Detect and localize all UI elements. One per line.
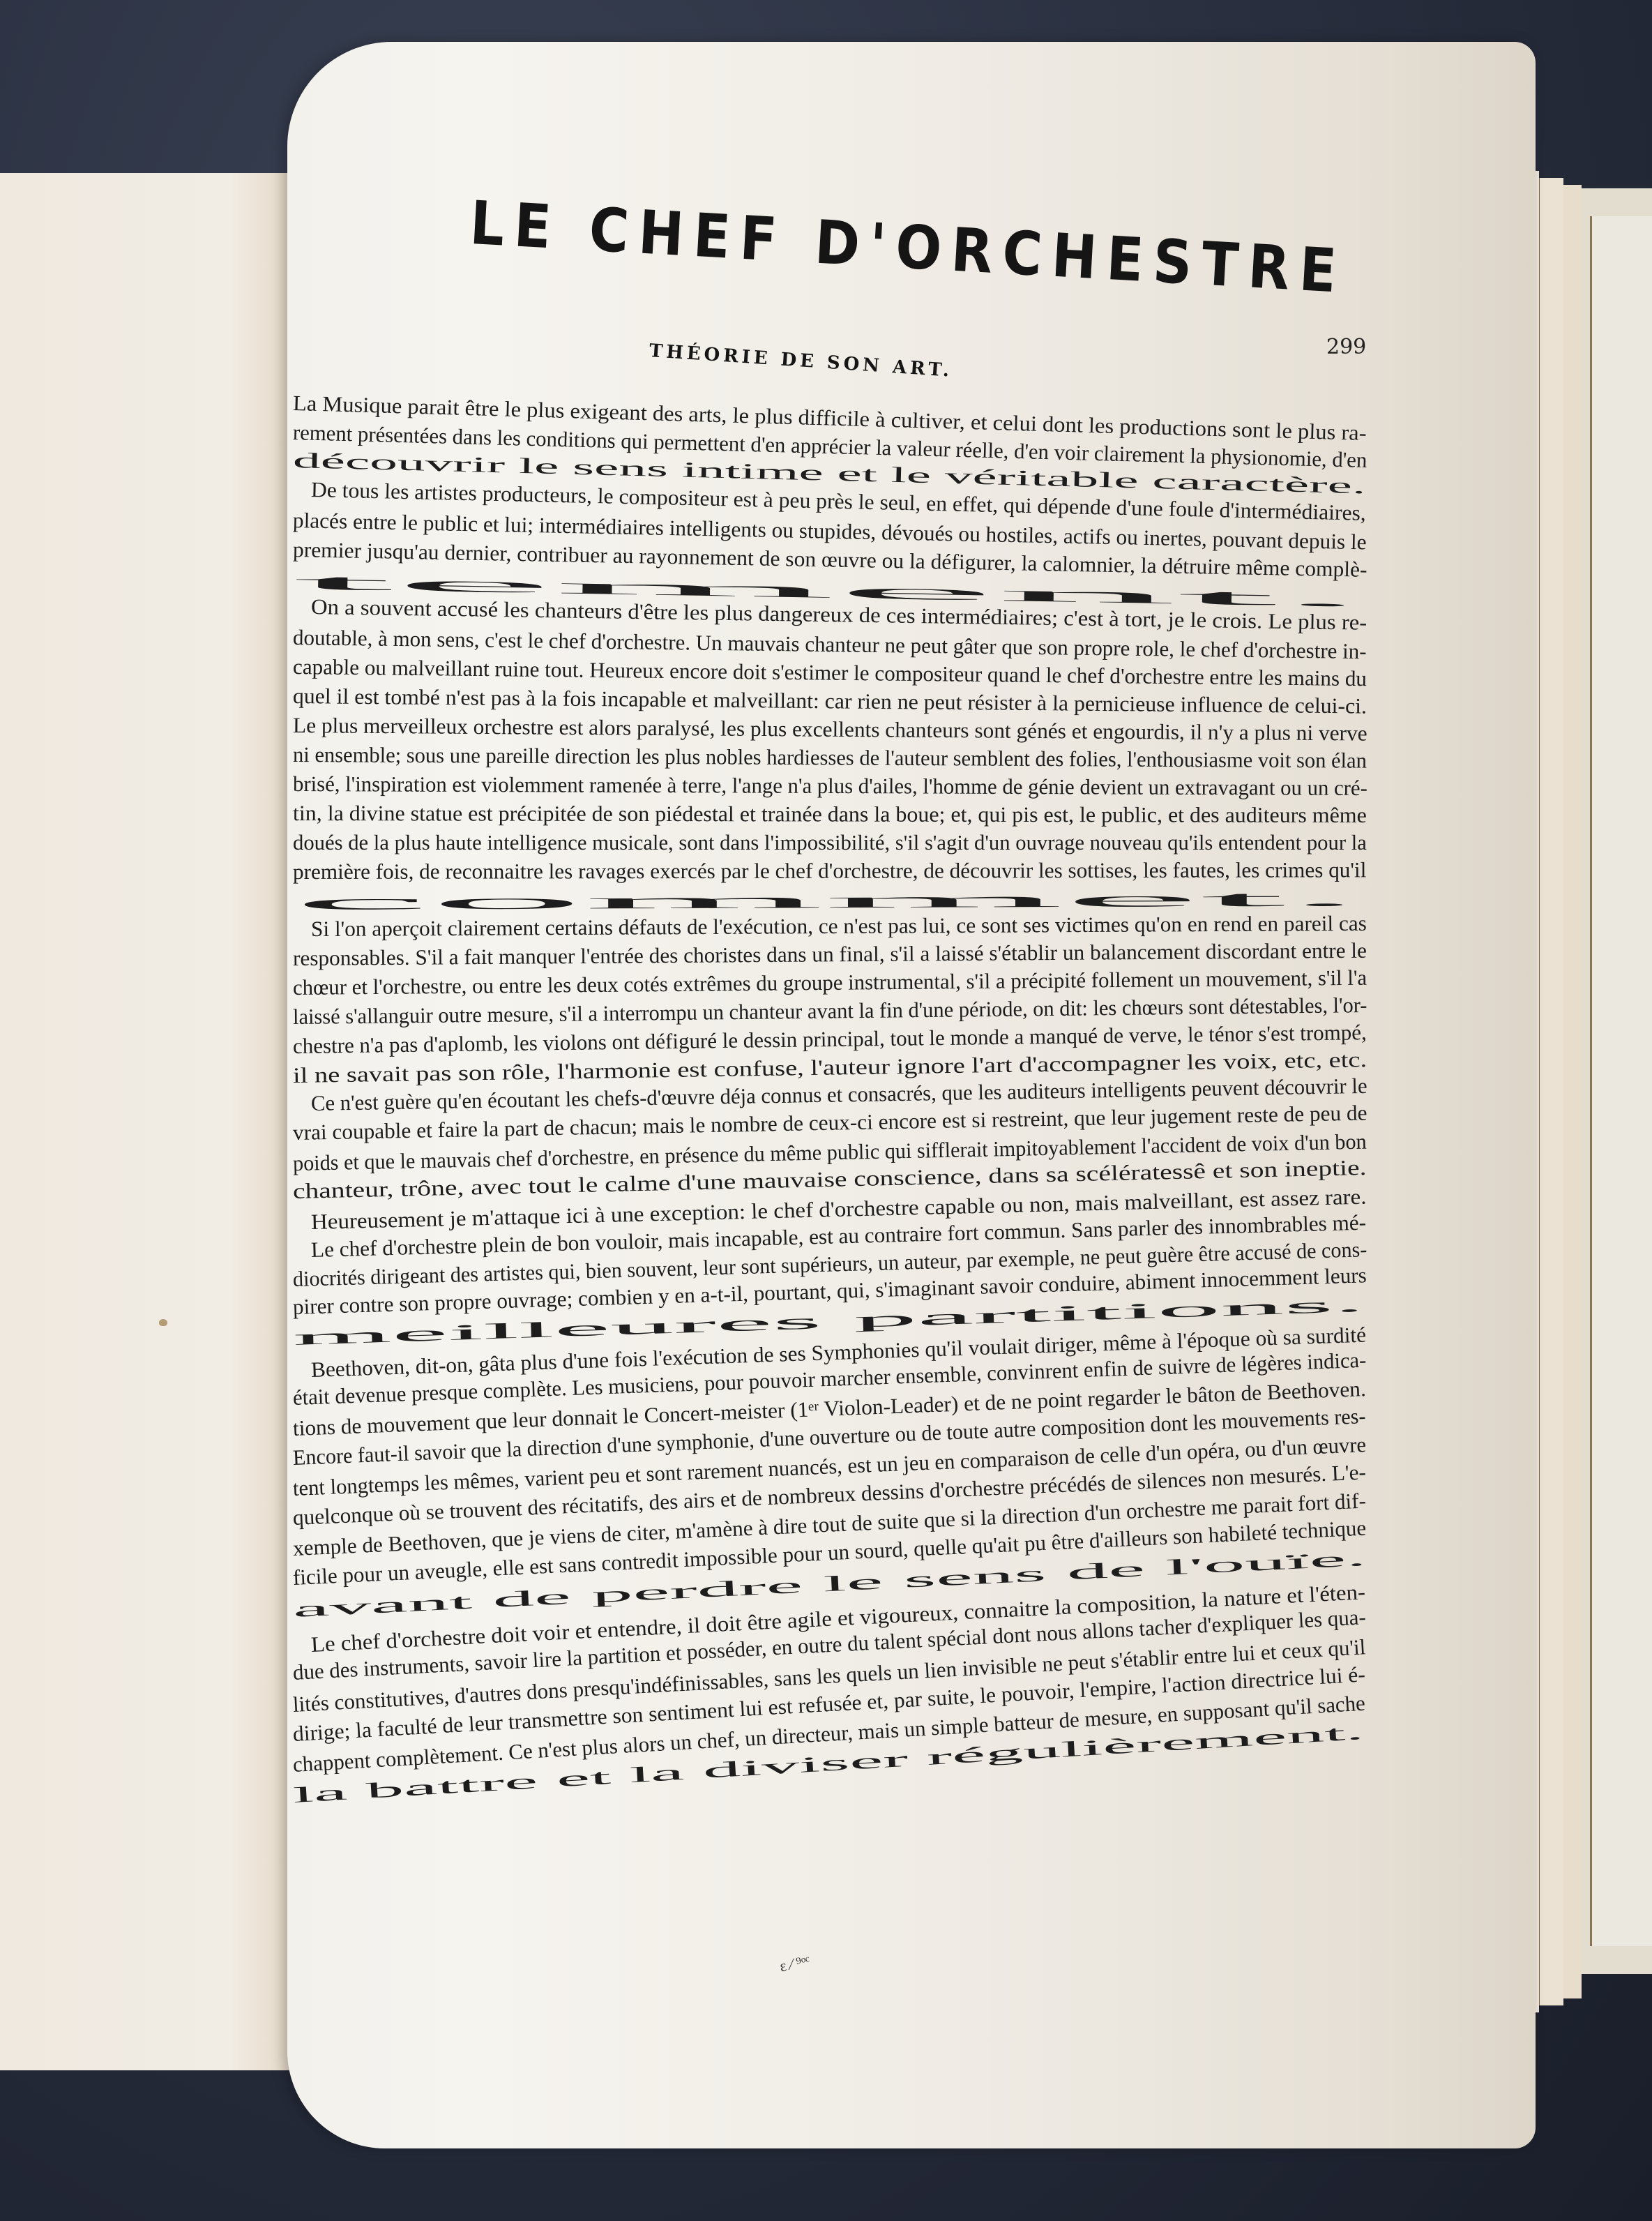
text-line: Si l'on aperçoit clairement certains déf…	[311, 911, 1367, 942]
text-line: doués de la plus haute intelligence musi…	[293, 830, 1367, 855]
right-page-recto: LE CHEF D'ORCHESTRE THÉORIE DE SON ART. …	[287, 42, 1536, 2148]
text-line: brisé, l'inspiration est violemment rame…	[293, 771, 1367, 801]
text-line: première fois, de reconnaitre les ravage…	[293, 857, 1366, 884]
text-line: commet.	[293, 886, 1363, 915]
text-line: ni ensemble; sous une pareille direction…	[293, 742, 1367, 774]
page-stack-edge-2	[1538, 178, 1563, 2005]
text-line: Le plus merveilleux orchestre est alors …	[293, 713, 1367, 746]
page-number: 299	[1326, 335, 1366, 359]
left-page-verso	[0, 173, 328, 2070]
paper-speck	[159, 1319, 167, 1326]
page-subtitle: THÉORIE DE SON ART.	[649, 340, 953, 382]
endpaper	[1590, 216, 1652, 1946]
text-line: tin, la divine statue est précipitée de …	[293, 801, 1367, 828]
page-title: LE CHEF D'ORCHESTRE	[468, 188, 1348, 307]
signature-mark: ε ⁄ ⁹ᵒᶜ	[778, 1952, 812, 1975]
